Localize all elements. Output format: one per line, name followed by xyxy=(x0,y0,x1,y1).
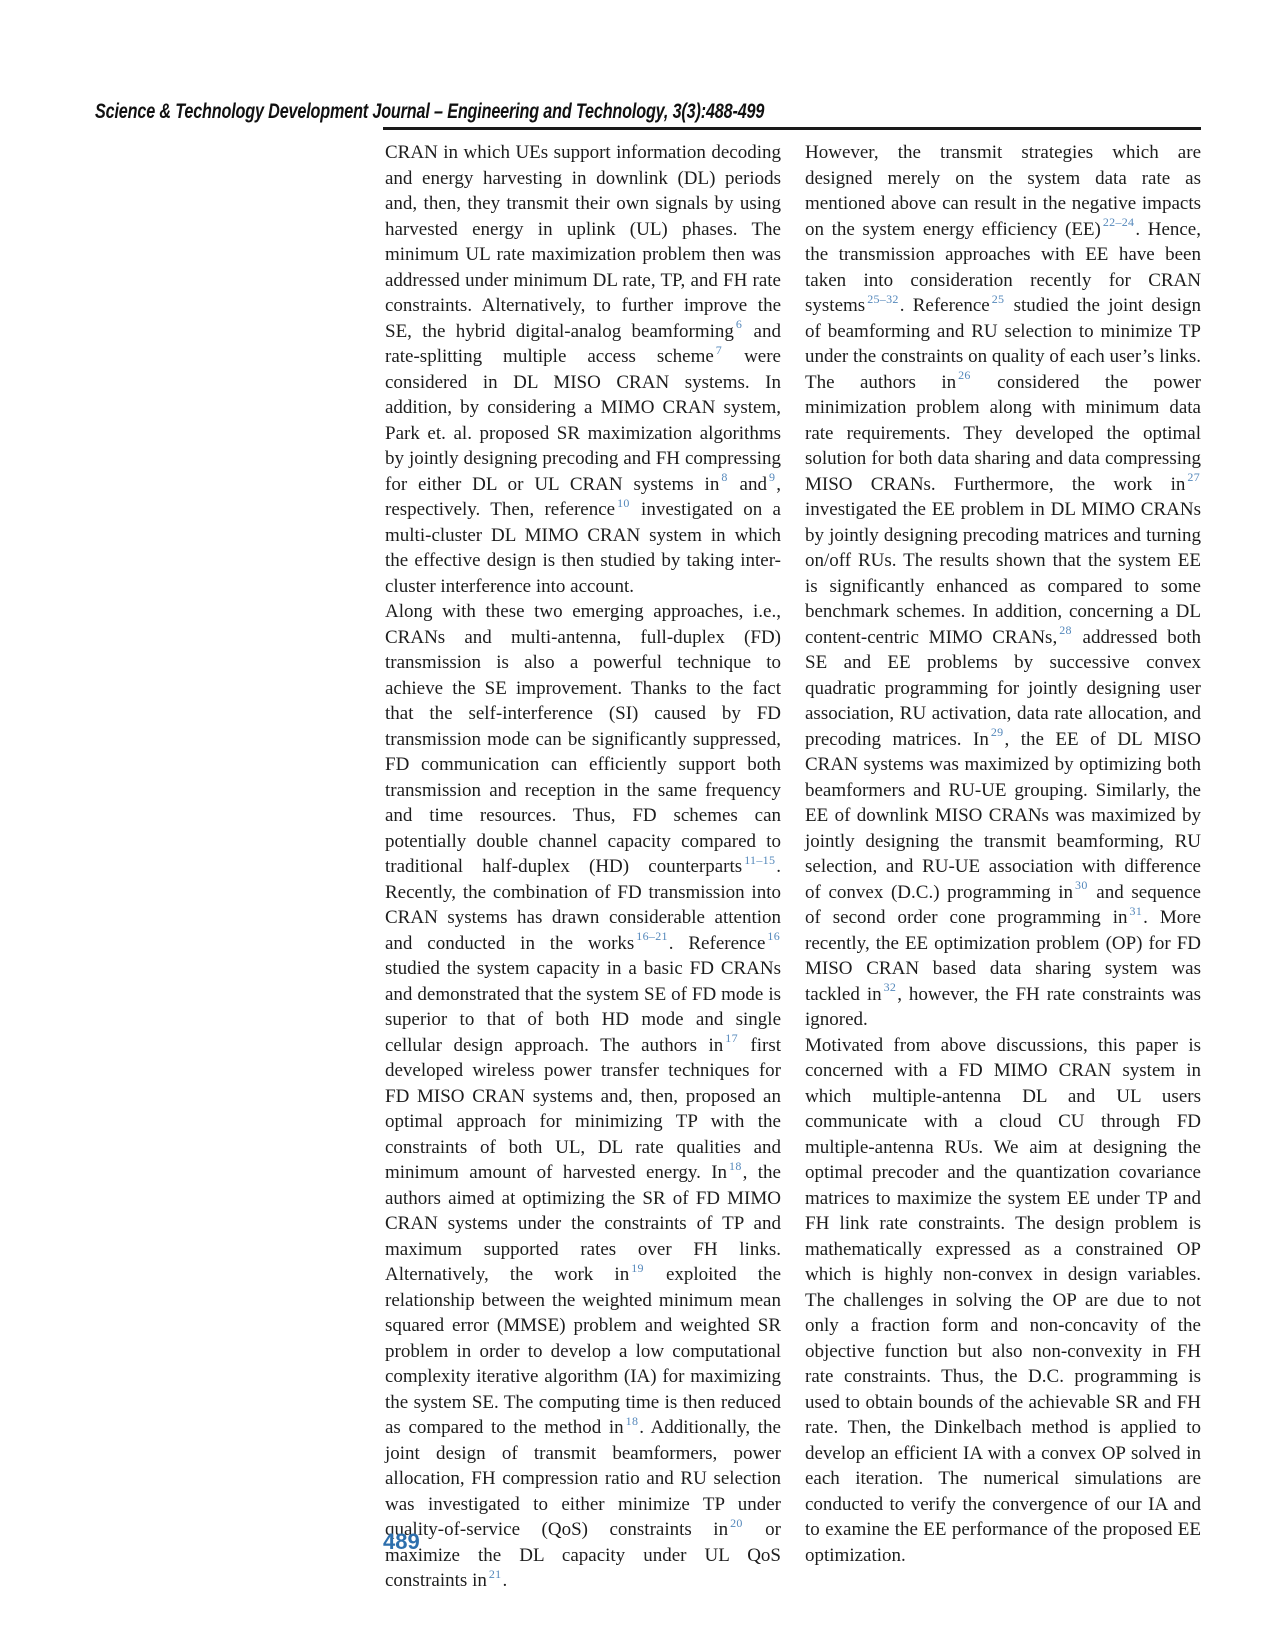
citation-reference-link[interactable]: 16–21 xyxy=(636,929,668,943)
paragraph: CRAN in which UEs support information de… xyxy=(385,140,781,599)
citation-reference-link[interactable]: 19 xyxy=(631,1261,644,1275)
citation-reference-link[interactable]: 9 xyxy=(769,470,775,484)
journal-page: Science & Technology Development Journal… xyxy=(0,0,1276,1649)
citation-reference-link[interactable]: 26 xyxy=(958,368,971,382)
citation-reference-link[interactable]: 7 xyxy=(716,343,722,357)
citation-reference-link[interactable]: 25–32 xyxy=(867,292,899,306)
paragraph: Motivated from above discussions, this p… xyxy=(805,1033,1201,1569)
citation-reference-link[interactable]: 29 xyxy=(991,725,1004,739)
left-text-column: CRAN in which UEs support information de… xyxy=(385,140,781,1594)
paragraph: Along with these two emerging approaches… xyxy=(385,599,781,1594)
citation-reference-link[interactable]: 32 xyxy=(884,980,897,994)
citation-reference-link[interactable]: 30 xyxy=(1075,878,1088,892)
paragraph: However, the transmit strategies which a… xyxy=(805,140,1201,1033)
page-number: 489 xyxy=(383,1529,420,1555)
citation-reference-link[interactable]: 8 xyxy=(721,470,727,484)
citation-reference-link[interactable]: 27 xyxy=(1187,470,1200,484)
citation-reference-link[interactable]: 6 xyxy=(736,317,742,331)
citation-reference-link[interactable]: 22–24 xyxy=(1103,215,1135,229)
citation-reference-link[interactable]: 18 xyxy=(626,1414,639,1428)
citation-reference-link[interactable]: 10 xyxy=(617,496,630,510)
header-rule xyxy=(383,127,1201,130)
citation-reference-link[interactable]: 18 xyxy=(729,1159,742,1173)
citation-reference-link[interactable]: 20 xyxy=(730,1516,743,1530)
citation-reference-link[interactable]: 21 xyxy=(489,1567,502,1581)
citation-reference-link[interactable]: 25 xyxy=(992,292,1005,306)
citation-reference-link[interactable]: 31 xyxy=(1130,904,1143,918)
citation-reference-link[interactable]: 17 xyxy=(725,1031,738,1045)
citation-reference-link[interactable]: 16 xyxy=(767,929,780,943)
journal-header-title: Science & Technology Development Journal… xyxy=(95,100,764,124)
right-text-column: However, the transmit strategies which a… xyxy=(805,140,1201,1568)
citation-reference-link[interactable]: 28 xyxy=(1059,623,1072,637)
citation-reference-link[interactable]: 11–15 xyxy=(744,853,775,867)
